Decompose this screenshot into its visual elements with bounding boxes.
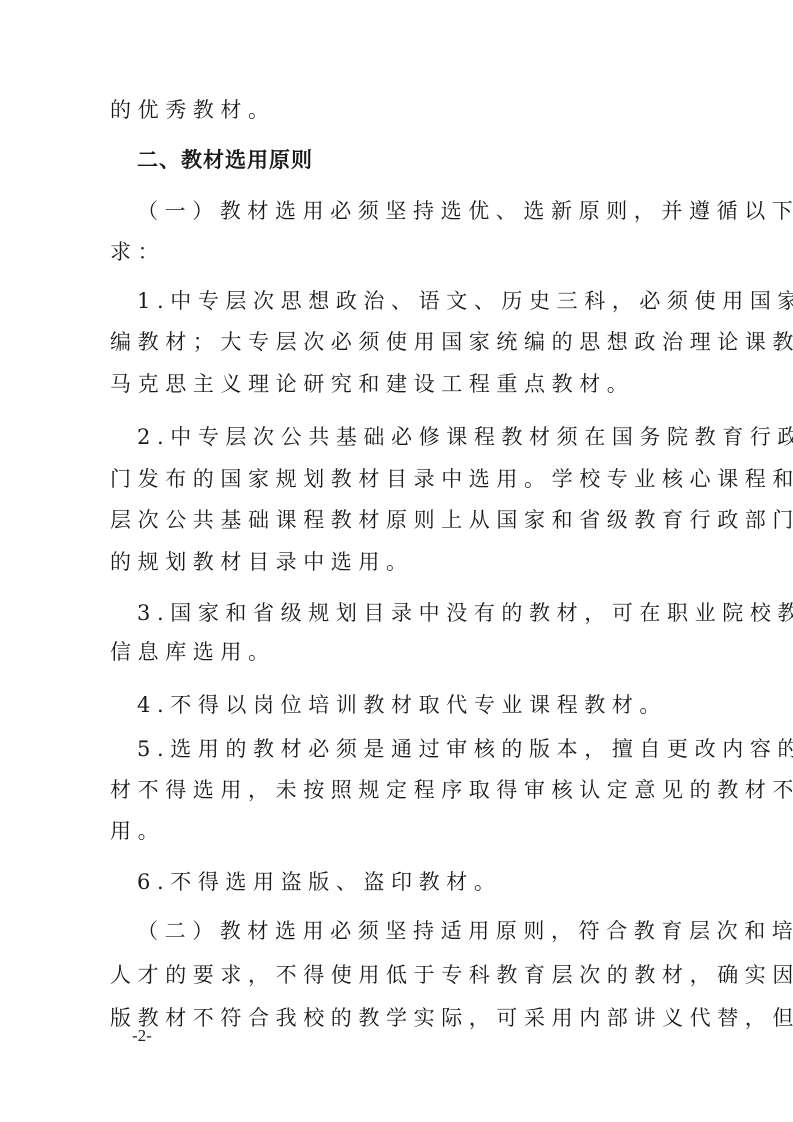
- list-item-5: 5.选用的教材必须是通过审核的版本，擅自更改内容的教: [137, 735, 702, 763]
- paragraph-line: 材不得选用，未按照规定程序取得审核认定意见的教材不得选: [110, 776, 675, 804]
- paragraph-line: 用。: [110, 817, 675, 845]
- paragraph-line: 门发布的国家规划教材目录中选用。学校专业核心课程和大专: [110, 465, 675, 493]
- paragraph-line: 信息库选用。: [110, 638, 675, 666]
- paragraph-line: （一）教材选用必须坚持选优、选新原则，并遵循以下要: [137, 197, 702, 225]
- list-item-4: 4.不得以岗位培训教材取代专业课程教材。: [137, 691, 702, 719]
- list-item-6: 6.不得选用盗版、盗印教材。: [137, 868, 702, 896]
- document-page: 的优秀教材。 二、教材选用原则 （一）教材选用必须坚持选优、选新原则，并遵循以下…: [0, 0, 793, 1122]
- paragraph-line: （二）教材选用必须坚持适用原则，符合教育层次和培养: [137, 917, 702, 945]
- paragraph-line: 的规划教材目录中选用。: [110, 548, 675, 576]
- list-item-2: 2.中专层次公共基础必修课程教材须在国务院教育行政部: [137, 423, 702, 451]
- paragraph-line: 马克思主义理论研究和建设工程重点教材。: [110, 370, 675, 398]
- list-item-1: 1.中专层次思想政治、语文、历史三科，必须使用国家统: [137, 287, 702, 315]
- paragraph-line: 的优秀教材。: [110, 96, 675, 124]
- paragraph-line: 编教材；大专层次必须使用国家统编的思想政治理论课教材、: [110, 328, 675, 356]
- paragraph-line: 版教材不符合我校的教学实际，可采用内部讲义代替，但需经: [110, 1004, 675, 1032]
- paragraph-line: 人才的要求，不得使用低于专科教育层次的教材，确实因已出: [110, 961, 675, 989]
- list-item-3: 3.国家和省级规划目录中没有的教材，可在职业院校教材: [137, 599, 702, 627]
- page-number: -2-: [132, 1026, 152, 1046]
- paragraph-line: 求：: [110, 238, 675, 266]
- paragraph-line: 层次公共基础课程教材原则上从国家和省级教育行政部门发布: [110, 506, 675, 534]
- section-heading: 二、教材选用原则: [137, 146, 702, 174]
